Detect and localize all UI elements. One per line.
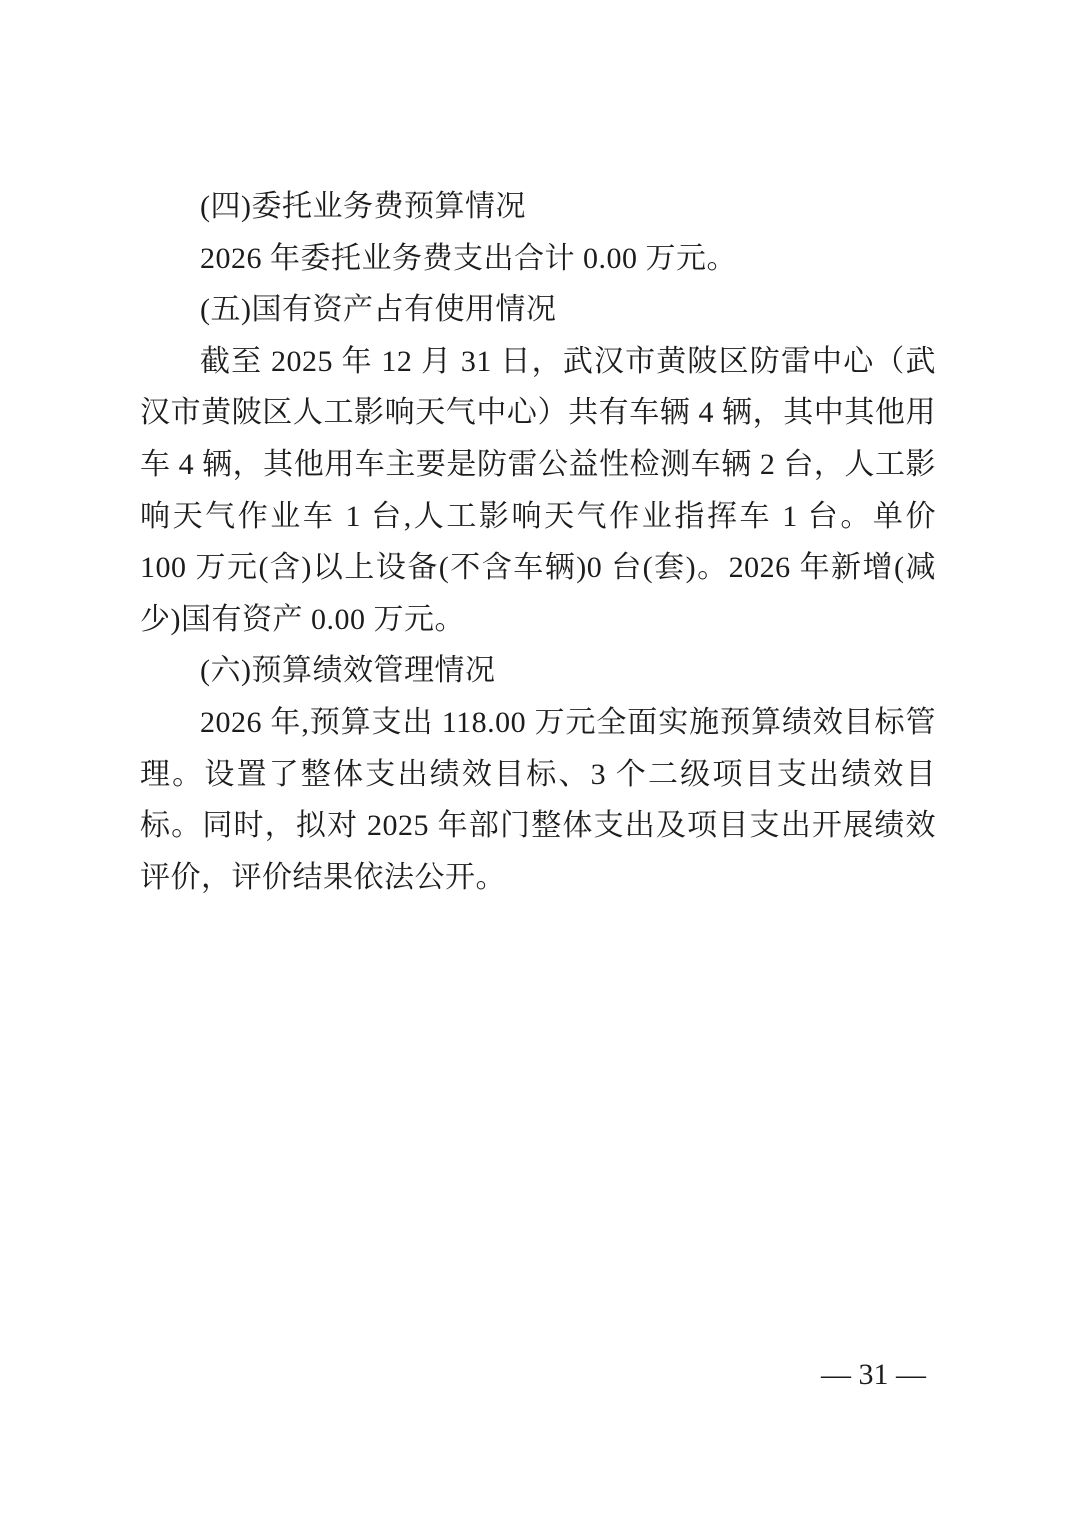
section-heading-budget-performance: (六)预算绩效管理情况 xyxy=(140,645,936,697)
body-paragraph-budget-performance: 2026 年,预算支出 118.00 万元全面实施预算绩效目标管理。设置了整体支… xyxy=(140,697,936,903)
document-page: (四)委托业务费预算情况 2026 年委托业务费支出合计 0.00 万元。 (五… xyxy=(0,0,1074,1520)
section-heading-entrusted-business-fee: (四)委托业务费预算情况 xyxy=(140,181,936,233)
page-number: — 31 — xyxy=(821,1352,926,1398)
section-heading-state-owned-assets: (五)国有资产占有使用情况 xyxy=(140,284,936,336)
document-body: (四)委托业务费预算情况 2026 年委托业务费支出合计 0.00 万元。 (五… xyxy=(140,181,936,903)
body-paragraph-entrusted-business-fee: 2026 年委托业务费支出合计 0.00 万元。 xyxy=(140,233,936,285)
body-paragraph-state-owned-assets: 截至 2025 年 12 月 31 日，武汉市黄陂区防雷中心（武汉市黄陂区人工影… xyxy=(140,336,936,646)
